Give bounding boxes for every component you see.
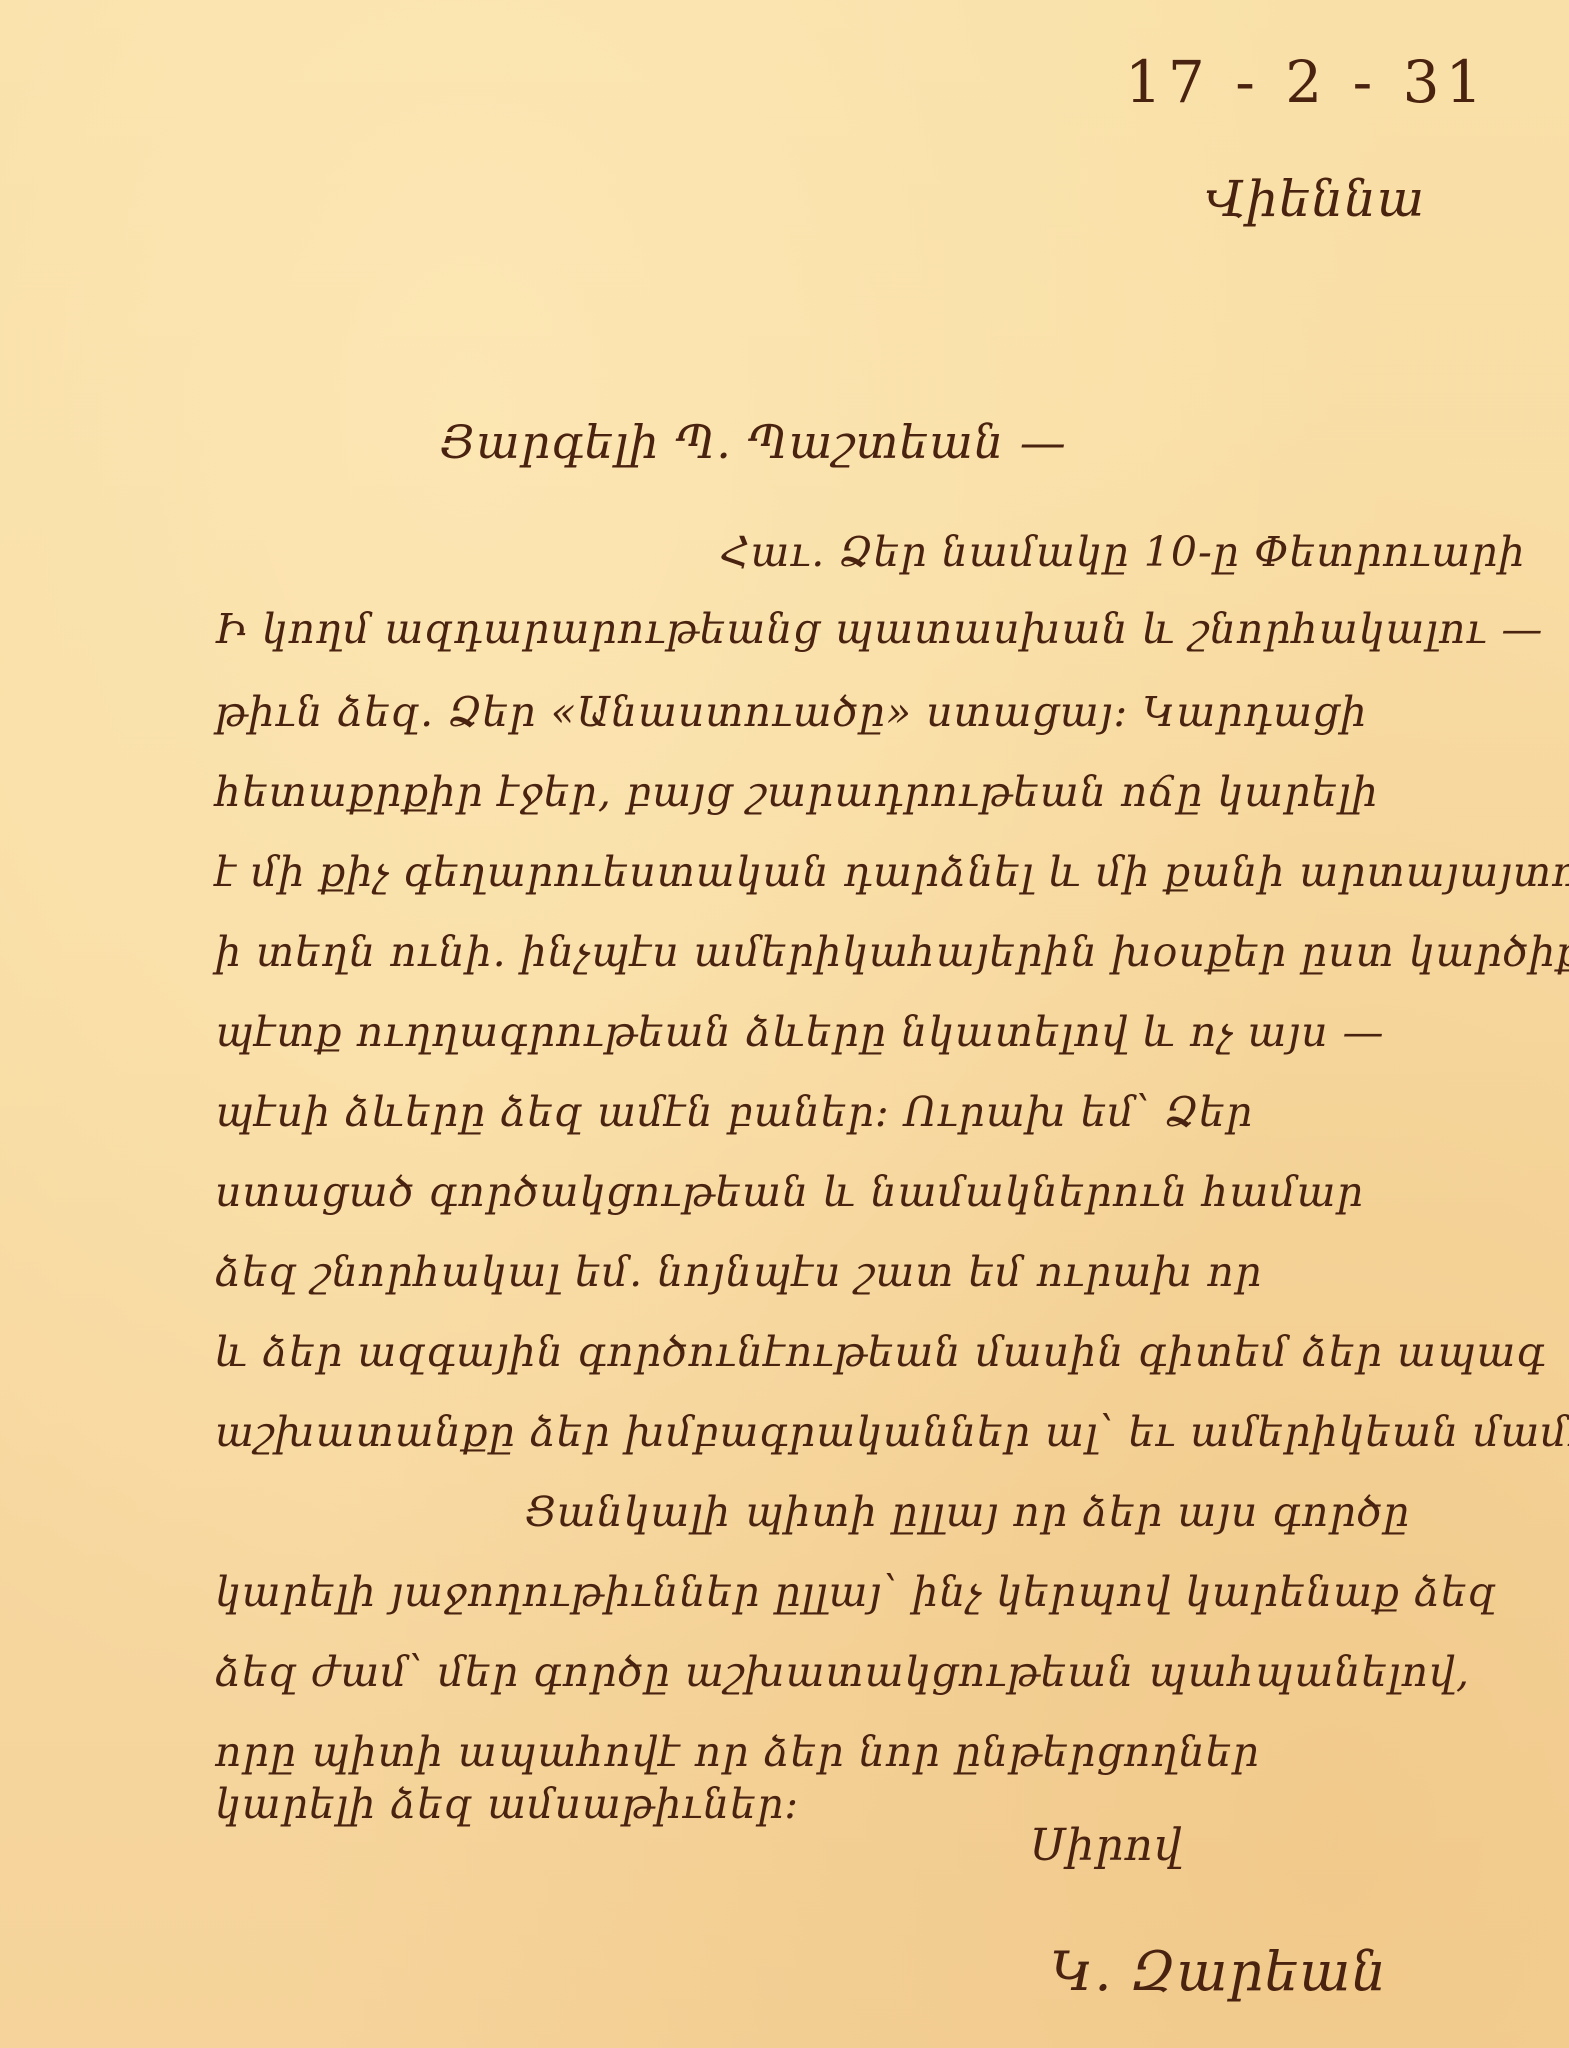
body-line: Ցանկալի պիտի ըլլայ որ ձեր այս գործը bbox=[525, 1488, 1410, 1536]
body-line: կարելի յաջողութիւններ ըլլայ՝ ինչ կերպով … bbox=[215, 1568, 1497, 1616]
body-line: պէտք ուղղագրութեան ձևերը նկատելով և ոչ ա… bbox=[215, 1008, 1385, 1056]
body-line: ձեզ շնորհակալ եմ. նոյնպէս շատ եմ ուրախ ո… bbox=[215, 1248, 1262, 1296]
signature: Կ. Զարեան bbox=[1050, 1940, 1387, 2003]
body-line: է մի քիչ գեղարուեստական դարձնել և մի քան… bbox=[215, 848, 1569, 896]
body-line: կարելի ձեզ ամսաթիւներ։ bbox=[215, 1780, 799, 1828]
body-line: ձեզ ժամ՝ մեր գործը աշխատակցութեան պահպան… bbox=[215, 1648, 1470, 1696]
body-line: որը պիտի ապահովէ որ ձեր նոր ընթերցողներ bbox=[215, 1728, 1260, 1776]
body-line: աշխատանքը ձեր խմբագրականներ ալ՝ եւ ամերի… bbox=[215, 1408, 1569, 1456]
letter-place: Վիեննա bbox=[1205, 170, 1425, 228]
body-line: և ձեր ազգային գործունէութեան մասին գիտեմ… bbox=[215, 1328, 1546, 1376]
letter-date: 17 - 2 - 31 bbox=[1125, 48, 1488, 116]
body-line: պէսի ձևերը ձեզ ամէն բաներ։ Ուրախ եմ՝ Ձեր bbox=[215, 1088, 1253, 1136]
salutation: Յարգելի Պ. Պաշտեան — bbox=[440, 415, 1067, 469]
closing: Սիրով bbox=[1030, 1820, 1183, 1871]
body-line: հետաքրքիր էջեր, բայց շարադրութեան ոճը կա… bbox=[215, 768, 1379, 816]
body-line: Հաւ. Ձեր նամակը 10-ը Փետրուարի bbox=[720, 528, 1526, 576]
body-line: ի տեղն ունի. ինչպէս ամերիկահայերին խօսքե… bbox=[215, 928, 1569, 976]
body-line: ստացած գործակցութեան և նամակներուն համար bbox=[215, 1168, 1364, 1216]
body-line: Ի կողմ ազդարարութեանց պատասխան և շնորհակ… bbox=[215, 605, 1543, 653]
letter-page: 17 - 2 - 31 Վիեննա Յարգելի Պ. Պաշտեան — … bbox=[0, 0, 1569, 2048]
body-line: թիւն ձեզ. Ձեր «Անաստուածը» ստացայ։ Կարդա… bbox=[215, 688, 1367, 736]
